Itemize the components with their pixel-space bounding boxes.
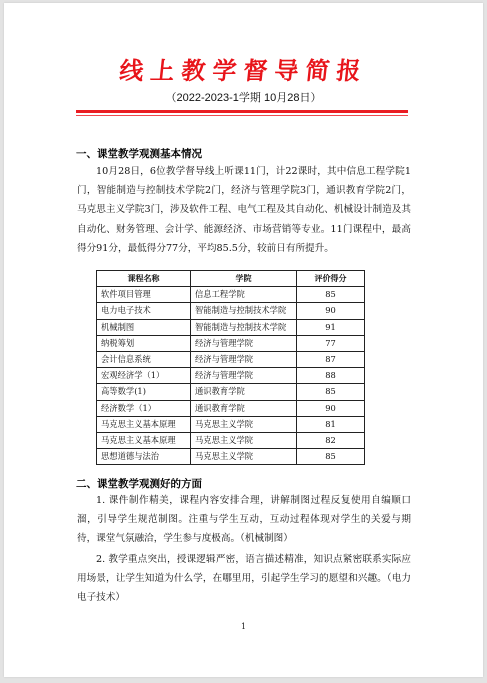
score: 82 xyxy=(297,432,365,448)
section-2-item-2: 2. 教学重点突出，授课逻辑严密，语言描述精准，知识点紧密联系实际应用场景，让学… xyxy=(77,550,411,608)
score: 90 xyxy=(297,400,365,416)
score: 87 xyxy=(297,351,365,367)
score: 81 xyxy=(297,416,365,432)
section-heading-1: 一、课堂教学观测基本情况 xyxy=(76,147,202,161)
table-row: 纳税筹划 经济与管理学院 77 xyxy=(97,335,365,351)
column-header-college: 学院 xyxy=(191,271,297,287)
college-name: 通识教育学院 xyxy=(191,400,297,416)
table-row: 电力电子技术 智能制造与控制技术学院 90 xyxy=(97,303,365,319)
college-name: 智能制造与控制技术学院 xyxy=(191,303,297,319)
college-name: 经济与管理学院 xyxy=(191,351,297,367)
scores-table: 课程名称 学院 评价得分 软件项目管理 信息工程学院 85 电力电子技术 智能制… xyxy=(96,270,365,465)
column-header-course: 课程名称 xyxy=(97,271,191,287)
table-row: 高等数学(1) 通识教育学院 85 xyxy=(97,384,365,400)
table-row: 软件项目管理 信息工程学院 85 xyxy=(97,287,365,303)
course-name: 机械制图 xyxy=(97,319,191,335)
college-name: 智能制造与控制技术学院 xyxy=(191,319,297,335)
table-header-row: 课程名称 学院 评价得分 xyxy=(97,271,365,287)
table-row: 马克思主义基本原理 马克思主义学院 82 xyxy=(97,432,365,448)
college-name: 信息工程学院 xyxy=(191,287,297,303)
score: 85 xyxy=(297,384,365,400)
course-name: 高等数学(1) xyxy=(97,384,191,400)
title-divider-thin xyxy=(76,115,408,116)
title-divider-thick xyxy=(76,110,408,113)
course-name: 纳税筹划 xyxy=(97,335,191,351)
course-name: 电力电子技术 xyxy=(97,303,191,319)
table-row: 思想道德与法治 马克思主义学院 85 xyxy=(97,449,365,465)
score: 88 xyxy=(297,368,365,384)
table-row: 会计信息系统 经济与管理学院 87 xyxy=(97,351,365,367)
table-row: 机械制图 智能制造与控制技术学院 91 xyxy=(97,319,365,335)
college-name: 经济与管理学院 xyxy=(191,368,297,384)
course-name: 会计信息系统 xyxy=(97,351,191,367)
section-heading-2: 二、课堂教学观测好的方面 xyxy=(76,477,202,491)
college-name: 马克思主义学院 xyxy=(191,416,297,432)
course-name: 马克思主义基本原理 xyxy=(97,416,191,432)
table-row: 宏观经济学（1） 经济与管理学院 88 xyxy=(97,368,365,384)
score: 85 xyxy=(297,287,365,303)
course-name: 经济数学（1） xyxy=(97,400,191,416)
section-2-item-1: 1. 课件制作精美，课程内容安排合理，讲解制图过程反复使用自编顺口溜，引导学生规… xyxy=(77,491,411,549)
document-title: 线上教学督导简报 xyxy=(0,56,487,86)
page-number: 1 xyxy=(0,622,487,631)
college-name: 通识教育学院 xyxy=(191,384,297,400)
college-name: 马克思主义学院 xyxy=(191,449,297,465)
section-1-paragraph: 10月28日，6位教学督导线上听课11门，计22课时，其中信息工程学院1门，智能… xyxy=(77,162,411,258)
score: 91 xyxy=(297,319,365,335)
score: 85 xyxy=(297,449,365,465)
course-name: 马克思主义基本原理 xyxy=(97,432,191,448)
college-name: 马克思主义学院 xyxy=(191,432,297,448)
table-row: 马克思主义基本原理 马克思主义学院 81 xyxy=(97,416,365,432)
column-header-score: 评价得分 xyxy=(297,271,365,287)
course-name: 软件项目管理 xyxy=(97,287,191,303)
document-subtitle: （2022-2023-1学期 10月28日） xyxy=(0,91,487,105)
college-name: 经济与管理学院 xyxy=(191,335,297,351)
table-row: 经济数学（1） 通识教育学院 90 xyxy=(97,400,365,416)
course-name: 思想道德与法治 xyxy=(97,449,191,465)
course-name: 宏观经济学（1） xyxy=(97,368,191,384)
score: 90 xyxy=(297,303,365,319)
score: 77 xyxy=(297,335,365,351)
